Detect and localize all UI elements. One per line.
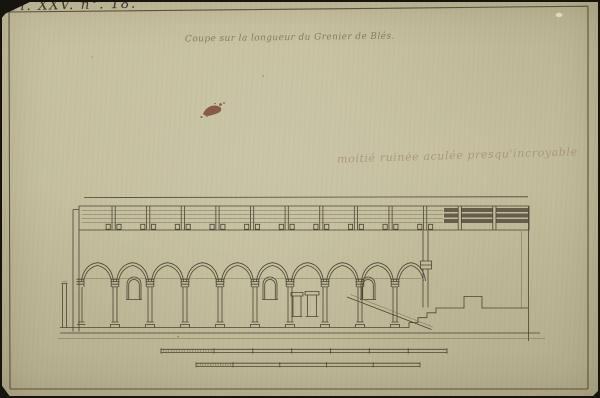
section-drawing	[0, 0, 600, 398]
ink-blot-stain	[201, 102, 225, 118]
photo-edge-left	[0, 0, 2, 398]
photo-edge-top	[0, 0, 600, 2]
faint-linework	[58, 211, 545, 367]
paper-light-spot	[556, 13, 563, 17]
beam-band-dark-section	[444, 208, 529, 223]
manuscript-page: Pl. XXV. n°. 18. Coupe sur la longueur d…	[0, 0, 600, 398]
